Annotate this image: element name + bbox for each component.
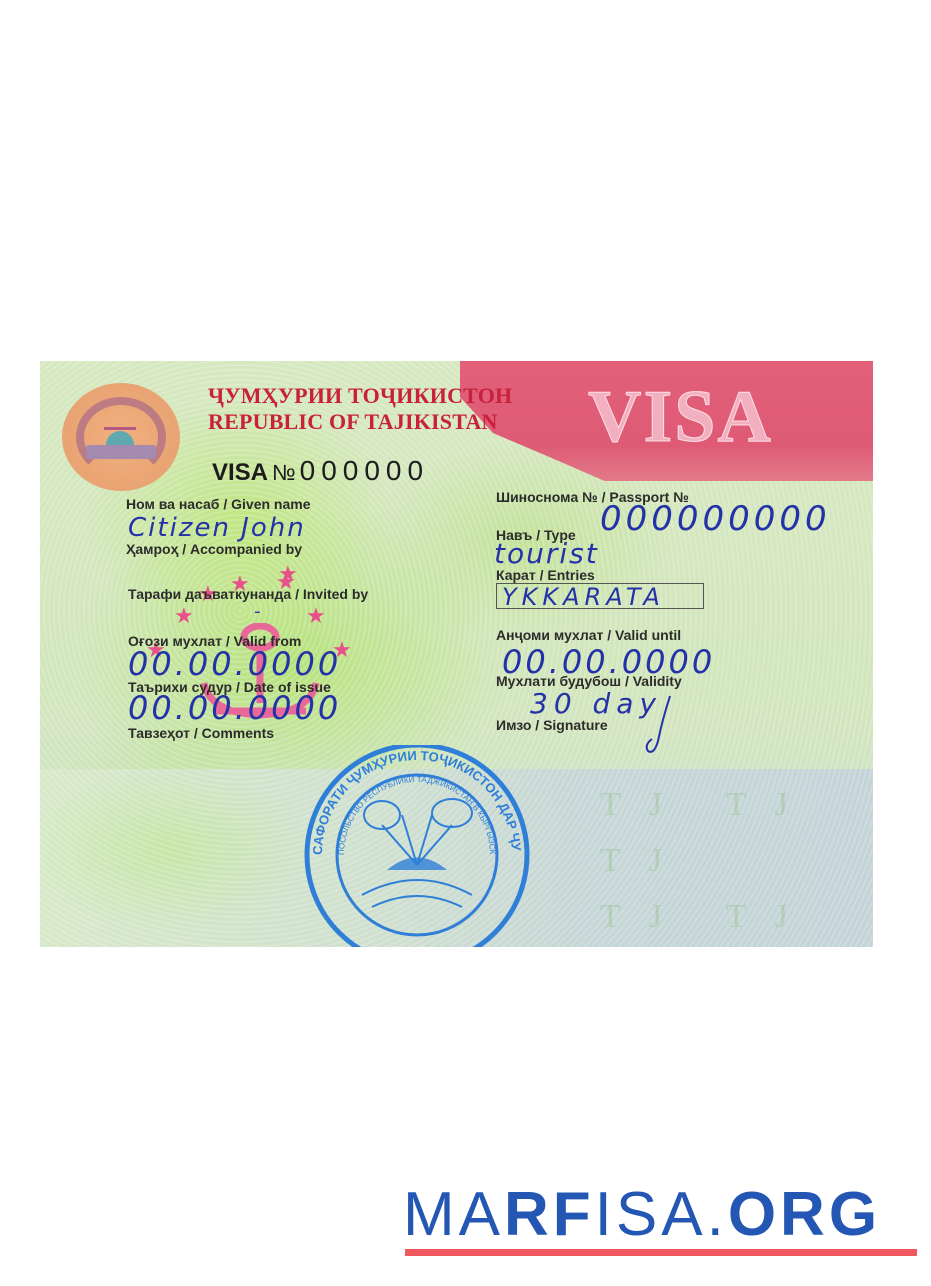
coat-of-arms-icon	[62, 383, 180, 491]
tj-security-pattern: TJ TJ TJ TJ TJ TJ TJ TJ TJ	[600, 777, 870, 947]
svg-text:САФОРАТИ ҶУМҲУРИИ ТОҶИКИСТОН Д: САФОРАТИ ҶУМҲУРИИ ТОҶИКИСТОН ДАР ҶУМҲУРИ…	[302, 745, 524, 855]
value-passport-number: 000000000	[600, 499, 831, 539]
logo-underline	[405, 1249, 917, 1256]
label-accompanied-by: Ҳамроҳ / Accompanied by	[126, 541, 302, 557]
value-invited-by: -	[254, 601, 261, 622]
country-title-english: REPUBLIC OF TAJIKISTAN	[208, 409, 498, 435]
value-given-name: Citizen John	[128, 513, 306, 543]
value-date-of-issue: 00.00.0000	[128, 689, 341, 727]
signature-mark-icon	[640, 691, 680, 761]
visa-watermark: VISA	[588, 375, 773, 460]
number-sign: №	[272, 460, 296, 485]
value-valid-from: 00.00.0000	[128, 645, 341, 683]
visa-label: VISA	[212, 459, 268, 486]
label-given-name: Ном ва насаб / Given name	[126, 496, 311, 512]
label-signature: Имзо / Signature	[496, 717, 608, 733]
visa-number-line: VISA№000000	[212, 455, 429, 487]
label-comments: Тавзеҳот / Comments	[128, 725, 274, 741]
visa-number: 000000	[300, 455, 429, 486]
label-invited-by: Тарафи даъваткунанда / Invited by	[128, 586, 368, 602]
label-valid-until: Анҷоми мухлат / Valid until	[496, 627, 681, 643]
consular-stamp: САФОРАТИ ҶУМҲУРИИ ТОҶИКИСТОН ДАР ҶУМҲУРИ…	[302, 745, 532, 947]
label-entries: Карат / Entries	[496, 567, 595, 583]
value-entries: YKKARATA	[502, 583, 665, 611]
marfisa-logo: MARFISA.ORG	[403, 1179, 881, 1250]
value-type: tourist	[494, 537, 599, 570]
country-title-tajik: ҶУМҲУРИИ ТОҶИКИСТОН	[208, 383, 512, 409]
visa-sticker: VISA ҶУМҲУРИИ ТОҶИКИСТОН REPUBLIC OF TAJ…	[40, 361, 873, 947]
